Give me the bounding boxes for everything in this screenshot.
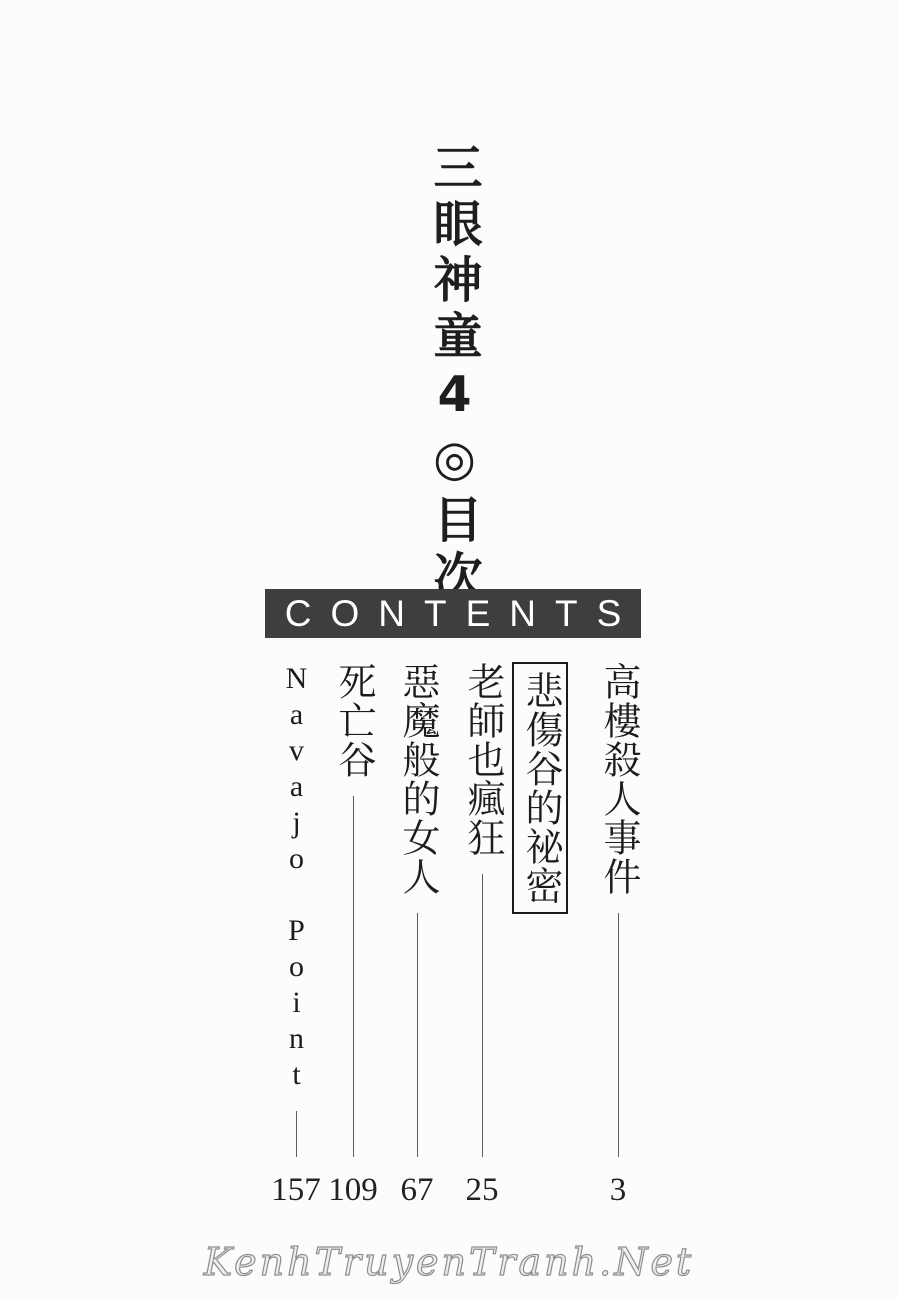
leader-line: [618, 913, 619, 1157]
chapter-title: 高樓殺人事件: [590, 662, 646, 896]
chapter-title-boxed: 悲傷谷的祕密: [512, 662, 568, 914]
chapter-entry: Navajo Point 157: [267, 662, 325, 1207]
leader-line: [353, 796, 354, 1157]
chapter-entry: 死亡谷 109: [324, 662, 382, 1207]
chapter-entry: 老師也瘋狂 25: [453, 662, 511, 1207]
leader-line: [296, 1111, 297, 1157]
chapter-title: 死亡谷: [325, 662, 381, 779]
chapter-title: Navajo Point: [268, 662, 324, 1094]
chapter-page-number: 157: [271, 1167, 321, 1207]
site-watermark: KenhTruyenTranh.Net: [0, 1240, 898, 1284]
leader-line: [482, 874, 483, 1157]
chapter-page-number: 3: [610, 1167, 627, 1207]
contents-banner: CONTENTS: [265, 589, 641, 638]
chapter-page-number: 25: [466, 1167, 499, 1207]
leader-line: [417, 913, 418, 1157]
chapter-page-number: 67: [401, 1167, 434, 1207]
chapter-entry: 悲傷谷的祕密: [511, 662, 569, 914]
chapter-entry: 高樓殺人事件 3: [589, 662, 647, 1207]
contents-banner-label: CONTENTS: [266, 593, 641, 635]
chapter-page-number: 109: [328, 1167, 378, 1207]
chapter-title: 惡魔般的女人: [389, 662, 445, 896]
chapter-title: 老師也瘋狂: [454, 662, 510, 857]
volume-title: 三眼神童4◎目次: [424, 142, 484, 606]
chapter-entry: 惡魔般的女人 67: [388, 662, 446, 1207]
manga-toc-page: 三眼神童4◎目次 CONTENTS 高樓殺人事件 3 悲傷谷的祕密 老師也瘋狂 …: [0, 0, 898, 1300]
